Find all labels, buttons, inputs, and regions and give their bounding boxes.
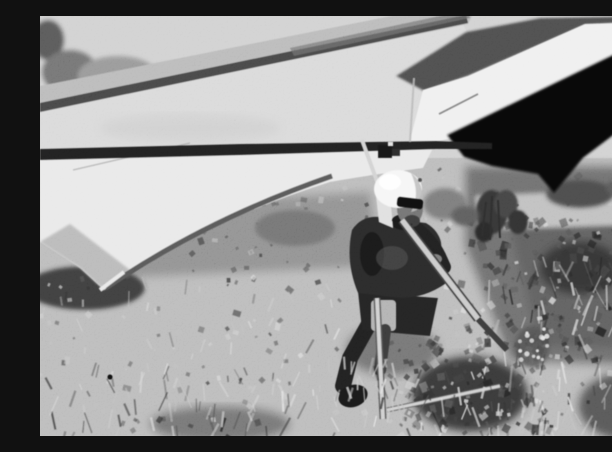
photo-canvas: Grainy black-and-white photograph of a h… xyxy=(40,16,612,436)
photo-figure: Grainy black-and-white photograph of a h… xyxy=(40,16,612,436)
film-grain-overlay xyxy=(40,16,612,436)
